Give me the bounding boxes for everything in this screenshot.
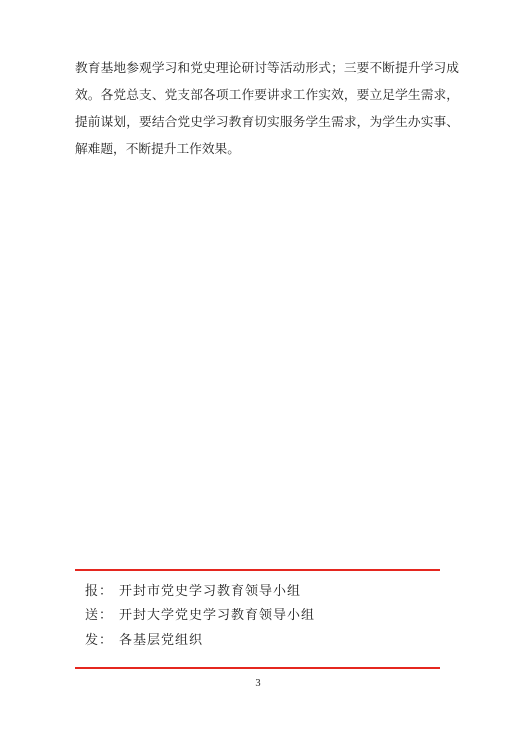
body-text-line: 效。各党总支、党支部各项工作要讲求工作实效，要立足学生需求， [75,82,459,109]
red-separator-top [75,569,440,571]
report-to-row: 报：开封市党史学习教育领导小组 [85,583,301,599]
body-text-line: 提前谋划，要结合党史学习教育切实服务学生需求，为学生办实事、 [75,109,459,136]
send-to-row: 送：开封大学党史学习教育领导小组 [85,607,315,623]
document-page: 教育基地参观学习和党史理论研讨等活动形式；三要不断提升学习成 效。各党总支、党支… [0,0,516,732]
body-paragraph: 教育基地参观学习和党史理论研讨等活动形式；三要不断提升学习成 效。各党总支、党支… [75,55,459,163]
issue-to-label: 发： [85,632,113,647]
send-to-label: 送： [85,607,113,622]
page-number: 3 [0,678,516,690]
send-to-value: 开封大学党史学习教育领导小组 [119,607,315,622]
report-to-value: 开封市党史学习教育领导小组 [119,583,301,598]
body-text-line: 解难题，不断提升工作效果。 [75,136,459,163]
red-separator-bottom [75,667,440,669]
issue-to-row: 发：各基层党组织 [85,632,203,648]
body-text-line: 教育基地参观学习和党史理论研讨等活动形式；三要不断提升学习成 [75,55,459,82]
issue-to-value: 各基层党组织 [119,632,203,647]
report-to-label: 报： [85,583,113,598]
